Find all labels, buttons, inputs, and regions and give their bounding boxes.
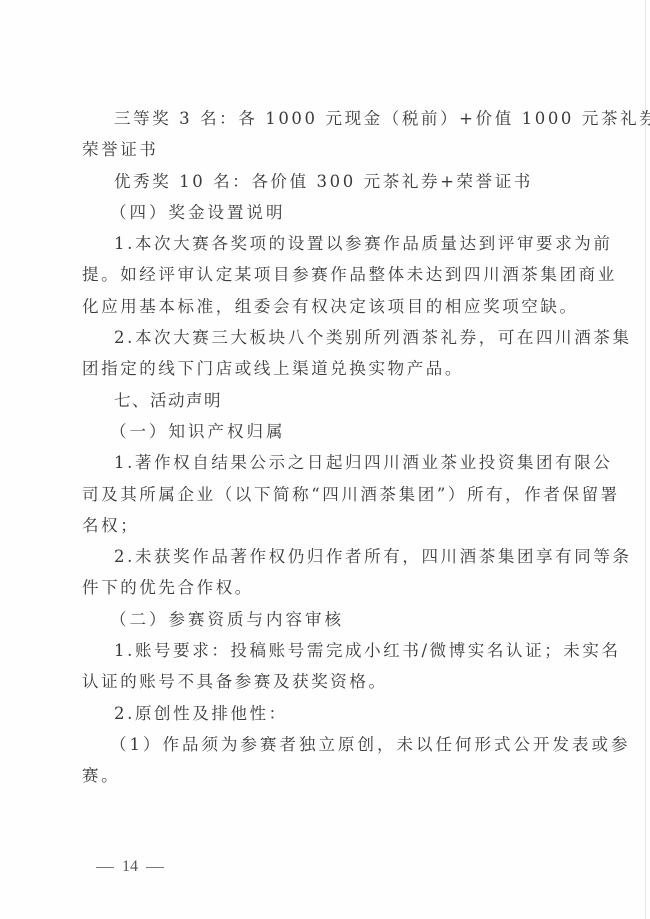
- paragraph-line: 2.原创性及排他性：: [82, 698, 568, 729]
- paragraph-line: 团指定的线下门店或线上渠道兑换实物产品。: [82, 353, 568, 384]
- page-number-value: 14: [122, 858, 138, 875]
- paragraph-line: 提。如经评审认定某项目参赛作品整体未达到四川酒茶集团商业: [82, 259, 568, 290]
- third-prize-line-continued: 荣誉证书: [82, 134, 568, 165]
- page-number-dash-right: [146, 867, 164, 868]
- scan-edge-line: [645, 0, 646, 919]
- section-heading-eligibility-review: （二）参赛资质与内容审核: [82, 604, 568, 635]
- paragraph-line: 认证的账号不具备参赛及获奖资格。: [82, 666, 568, 697]
- document-body: 三等奖 3 名：各 1000 元现金（税前）+价值 1000 元茶礼券+ 荣誉证…: [82, 103, 568, 792]
- paragraph-line: 2.未获奖作品著作权仍归作者所有，四川酒茶集团享有同等条: [82, 541, 568, 572]
- paragraph-line: 1.本次大赛各奖项的设置以参赛作品质量达到评审要求为前: [82, 228, 568, 259]
- paragraph-line: 司及其所属企业（以下简称“四川酒茶集团”）所有，作者保留署: [82, 479, 568, 510]
- paragraph-line: 件下的优先合作权。: [82, 572, 568, 603]
- paragraph-line: 1.著作权自结果公示之日起归四川酒业茶业投资集团有限公: [82, 447, 568, 478]
- paragraph-line: 赛。: [82, 760, 568, 791]
- paragraph-line: 名权；: [82, 510, 568, 541]
- paragraph-line: 化应用基本标准，组委会有权决定该项目的相应奖项空缺。: [82, 291, 568, 322]
- paragraph-line: 1.账号要求：投稿账号需完成小红书/微博实名认证；未实名: [82, 635, 568, 666]
- page-number-dash-left: [96, 867, 114, 868]
- third-prize-line: 三等奖 3 名：各 1000 元现金（税前）+价值 1000 元茶礼券+: [82, 103, 568, 134]
- paragraph-line: 2.本次大赛三大板块八个类别所列酒茶礼券，可在四川酒茶集: [82, 322, 568, 353]
- excellence-prize-line: 优秀奖 10 名：各价值 300 元茶礼券+荣誉证书: [82, 166, 568, 197]
- section-heading-prize-notes: （四）奖金设置说明: [82, 197, 568, 228]
- paragraph-line: （1）作品须为参赛者独立原创，未以任何形式公开发表或参: [82, 729, 568, 760]
- page-number: 14: [88, 858, 172, 876]
- section-heading-ip-ownership: （一）知识产权归属: [82, 416, 568, 447]
- chapter-heading-activity-statement: 七、活动声明: [82, 385, 568, 416]
- document-page: 三等奖 3 名：各 1000 元现金（税前）+价值 1000 元茶礼券+ 荣誉证…: [0, 0, 650, 919]
